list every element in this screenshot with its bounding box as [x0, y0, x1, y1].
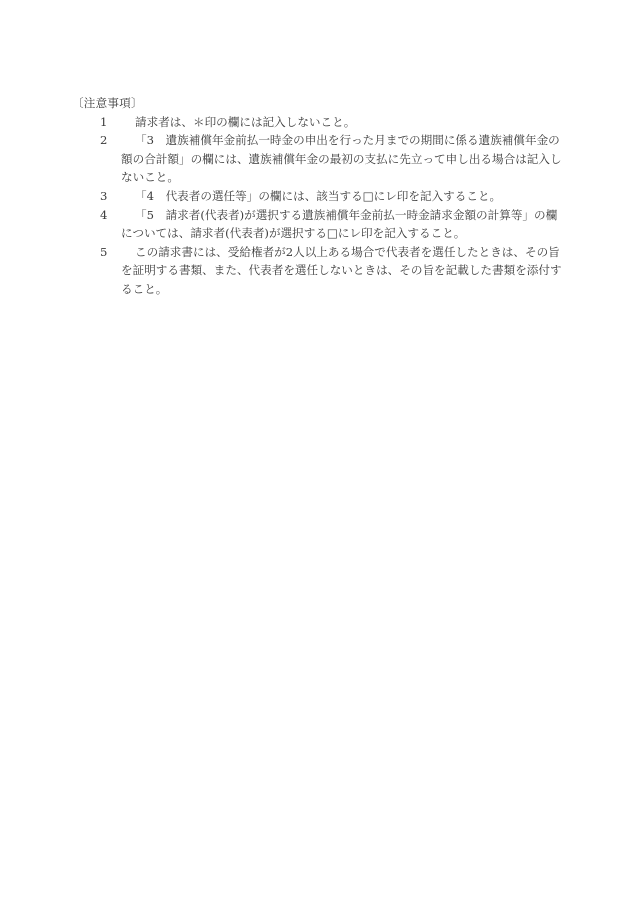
- note-line: 「4 代表者の選任等」の欄には、該当する□にレ印を記入すること。: [135, 187, 562, 206]
- note-line: を証明する書類、また、代表者を選任しないときは、その旨を記載した書類を添付す: [121, 261, 562, 280]
- note-item-3: 3 「4 代表者の選任等」の欄には、該当する□にレ印を記入すること。: [72, 187, 562, 206]
- note-item-1: 1 請求者は、＊印の欄には記入しないこと。: [72, 113, 562, 132]
- note-line: 「5 請求者(代表者)が選択する遺族補償年金前払一時金請求金額の計算等」の欄: [135, 206, 562, 225]
- notes-title: 〔注意事項〕: [72, 94, 562, 113]
- document-page: 〔注意事項〕 1 請求者は、＊印の欄には記入しないこと。 2 「3 遺族補償年金…: [0, 0, 630, 915]
- note-number: 3: [100, 187, 114, 206]
- note-number: 4: [100, 206, 114, 225]
- note-line: この請求書には、受給権者が2人以上ある場合で代表者を選任したときは、その旨: [135, 243, 562, 262]
- note-line: 「3 遺族補償年金前払一時金の申出を行った月までの期間に係る遺族補償年金の: [135, 131, 562, 150]
- note-body: 「4 代表者の選任等」の欄には、該当する□にレ印を記入すること。: [106, 187, 562, 206]
- note-line: 請求者は、＊印の欄には記入しないこと。: [135, 113, 562, 132]
- note-number: 5: [100, 243, 114, 262]
- note-line: については、請求者(代表者)が選択する□にレ印を記入すること。: [121, 224, 562, 243]
- note-item-5: 5 この請求書には、受給権者が2人以上ある場合で代表者を選任したときは、その旨 …: [72, 243, 562, 299]
- note-line: ないこと。: [121, 168, 562, 187]
- note-body: この請求書には、受給権者が2人以上ある場合で代表者を選任したときは、その旨 を証…: [106, 243, 562, 299]
- note-line: ること。: [121, 280, 562, 299]
- note-body: 「5 請求者(代表者)が選択する遺族補償年金前払一時金請求金額の計算等」の欄 に…: [106, 206, 562, 243]
- note-body: 請求者は、＊印の欄には記入しないこと。: [106, 113, 562, 132]
- note-item-4: 4 「5 請求者(代表者)が選択する遺族補償年金前払一時金請求金額の計算等」の欄…: [72, 206, 562, 243]
- note-body: 「3 遺族補償年金前払一時金の申出を行った月までの期間に係る遺族補償年金の 額の…: [106, 131, 562, 187]
- notes-section: 〔注意事項〕 1 請求者は、＊印の欄には記入しないこと。 2 「3 遺族補償年金…: [72, 94, 562, 299]
- note-line: 額の合計額」の欄には、遺族補償年金の最初の支払に先立って申し出る場合は記入し: [121, 150, 562, 169]
- note-number: 1: [100, 113, 114, 132]
- note-number: 2: [100, 131, 114, 150]
- note-item-2: 2 「3 遺族補償年金前払一時金の申出を行った月までの期間に係る遺族補償年金の …: [72, 131, 562, 187]
